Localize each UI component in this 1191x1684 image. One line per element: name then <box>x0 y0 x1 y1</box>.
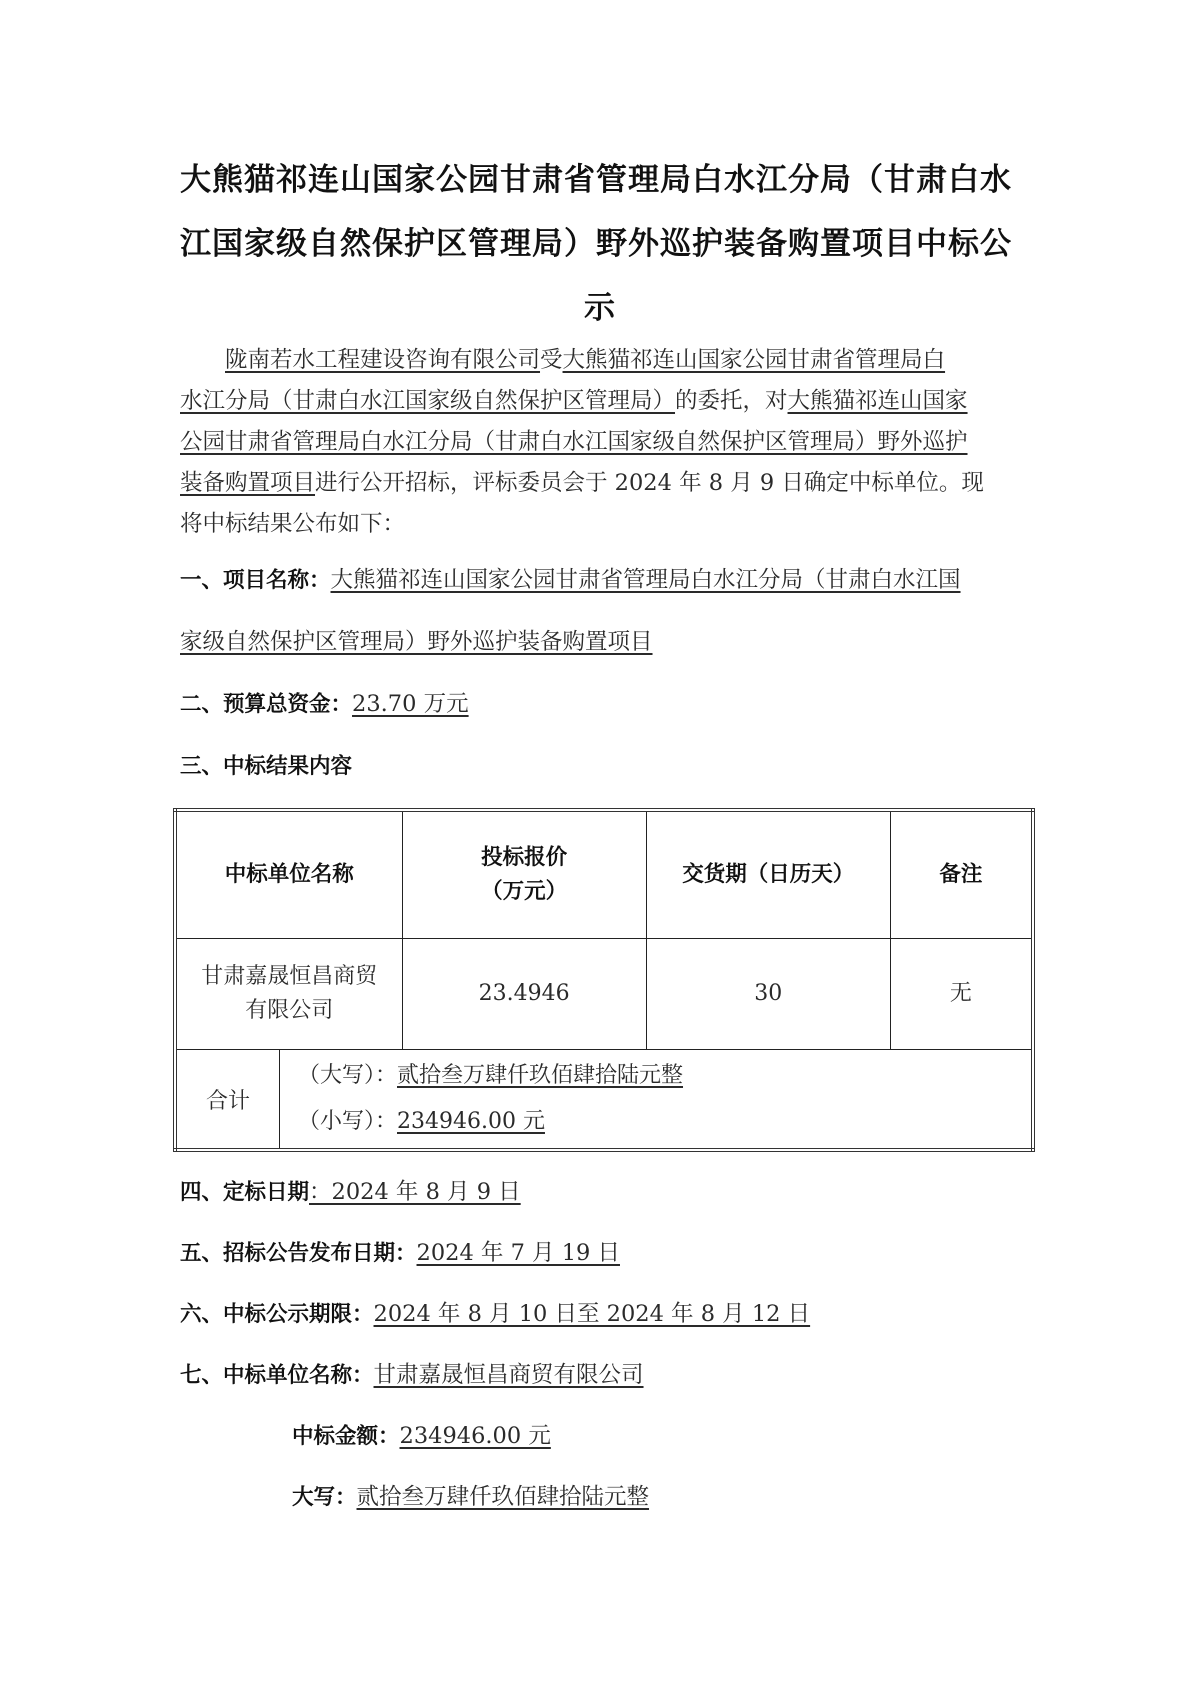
cell-total-detail: （大写）：贰拾叁万肆仟玖佰肆拾陆元整 （小写）：234946.00 元 <box>279 1050 1033 1151</box>
publicity-period-value: 2024 年 8 月 10 日至 2024 年 8 月 12 日 <box>374 1301 811 1327</box>
client-name-part2: 水江分局（甘肃白水江国家级自然保护区管理局） <box>180 388 675 414</box>
winner-name-label: 七、中标单位名称： <box>180 1363 374 1388</box>
total-upper: （大写）：贰拾叁万肆仟玖佰肆拾陆元整 <box>298 1053 1031 1099</box>
document-title: 大熊猫祁连山国家公园甘肃省管理局白水江分局（甘肃白水 江国家级自然保护区管理局）… <box>180 148 1020 340</box>
title-line-3: 示 <box>180 276 1020 340</box>
total-lower: （小写）：234946.00 元 <box>298 1099 1031 1145</box>
intro-line-3: 公园甘肃省管理局白水江分局（甘肃白水江国家级自然保护区管理局）野外巡护 <box>180 422 1020 463</box>
budget-value: 23.70 万元 <box>352 691 469 717</box>
project-name-part3: 装备购置项目 <box>180 470 315 496</box>
project-name-value-2: 家级自然保护区管理局）野外巡护装备购置项目 <box>180 629 653 655</box>
document-page: 大熊猫祁连山国家公园甘肃省管理局白水江分局（甘肃白水 江国家级自然保护区管理局）… <box>0 0 1191 1684</box>
header-bid-price: 投标报价 （万元） <box>402 810 646 939</box>
intro-text: 的委托，对 <box>675 388 788 414</box>
winner-amount-value: 234946.00 元 <box>400 1423 551 1449</box>
cell-company: 甘肃嘉晟恒昌商贸 有限公司 <box>175 939 402 1050</box>
budget-label: 二、预算总资金： <box>180 692 352 717</box>
notice-date-value: 2024 年 7 月 19 日 <box>417 1240 620 1266</box>
result-content-label: 三、中标结果内容 <box>180 754 352 779</box>
section-budget: 二、预算总资金：23.70 万元 <box>180 684 469 725</box>
intro-line-4: 装备购置项目进行公开招标，评标委员会于 2024 年 8 月 9 日确定中标单位… <box>180 463 1020 504</box>
section-notice-date: 五、招标公告发布日期：2024 年 7 月 19 日 <box>180 1233 620 1274</box>
section-project-name: 一、项目名称：大熊猫祁连山国家公园甘肃省管理局白水江分局（甘肃白水江国 <box>180 560 961 601</box>
winner-amount-upper-value: 贰拾叁万肆仟玖佰肆拾陆元整 <box>357 1484 650 1510</box>
winner-amount-upper-label: 大写： <box>292 1485 357 1510</box>
company-line2: 有限公司 <box>245 998 333 1023</box>
award-date-value: ：2024 年 8 月 9 日 <box>309 1179 521 1205</box>
total-upper-label: （大写）： <box>298 1063 397 1088</box>
section-result-content: 三、中标结果内容 <box>180 746 352 787</box>
agency-name: 陇南若水工程建设咨询有限公司 <box>225 347 540 373</box>
winner-amount-label: 中标金额： <box>292 1424 400 1449</box>
section-winner-name: 七、中标单位名称：甘肃嘉晟恒昌商贸有限公司 <box>180 1355 644 1396</box>
cell-remark: 无 <box>890 939 1033 1050</box>
header-bid-price-line1: 投标报价 <box>481 845 567 870</box>
intro-line-5: 将中标结果公布如下： <box>180 504 1020 545</box>
table-total-row: 合计 （大写）：贰拾叁万肆仟玖佰肆拾陆元整 （小写）：234946.00 元 <box>175 1050 1033 1151</box>
title-line-1: 大熊猫祁连山国家公园甘肃省管理局白水江分局（甘肃白水 <box>180 148 1020 212</box>
notice-date-label: 五、招标公告发布日期： <box>180 1241 417 1266</box>
project-name-part1: 大熊猫祁连山国家 <box>788 388 968 414</box>
section-winner-amount-upper: 大写：贰拾叁万肆仟玖佰肆拾陆元整 <box>292 1477 649 1518</box>
award-result-table: 中标单位名称 投标报价 （万元） 交货期（日历天） 备注 甘肃嘉晟恒昌商贸 有限… <box>173 808 1035 1152</box>
header-bid-price-line2: （万元） <box>481 879 567 904</box>
section-winner-amount: 中标金额：234946.00 元 <box>292 1416 551 1457</box>
table-row: 甘肃嘉晟恒昌商贸 有限公司 23.4946 30 无 <box>175 939 1033 1050</box>
cell-delivery: 30 <box>646 939 890 1050</box>
total-lower-value: 234946.00 元 <box>397 1109 545 1134</box>
intro-line-1: 陇南若水工程建设咨询有限公司受大熊猫祁连山国家公园甘肃省管理局白 <box>180 340 1020 381</box>
winner-name-value: 甘肃嘉晟恒昌商贸有限公司 <box>374 1362 644 1388</box>
table-header-row: 中标单位名称 投标报价 （万元） 交货期（日历天） 备注 <box>175 810 1033 939</box>
project-name-value-1: 大熊猫祁连山国家公园甘肃省管理局白水江分局（甘肃白水江国 <box>331 567 961 593</box>
cell-bid-price: 23.4946 <box>402 939 646 1050</box>
award-date-label: 四、定标日期 <box>180 1180 309 1205</box>
header-company: 中标单位名称 <box>175 810 402 939</box>
section-award-date: 四、定标日期：2024 年 8 月 9 日 <box>180 1172 521 1213</box>
section-project-name-cont: 家级自然保护区管理局）野外巡护装备购置项目 <box>180 622 653 662</box>
intro-text: 受 <box>540 347 563 373</box>
cell-total-label: 合计 <box>175 1050 279 1151</box>
publicity-period-label: 六、中标公示期限： <box>180 1302 374 1327</box>
section-publicity-period: 六、中标公示期限：2024 年 8 月 10 日至 2024 年 8 月 12 … <box>180 1294 810 1335</box>
intro-line-2: 水江分局（甘肃白水江国家级自然保护区管理局）的委托，对大熊猫祁连山国家 <box>180 381 1020 422</box>
client-name-part1: 大熊猫祁连山国家公园甘肃省管理局白 <box>563 347 946 373</box>
project-name-label: 一、项目名称： <box>180 568 331 593</box>
header-delivery: 交货期（日历天） <box>646 810 890 939</box>
intro-text: 进行公开招标，评标委员会于 2024 年 8 月 9 日确定中标单位。现 <box>315 470 984 496</box>
header-remark: 备注 <box>890 810 1033 939</box>
intro-paragraph: 陇南若水工程建设咨询有限公司受大熊猫祁连山国家公园甘肃省管理局白 水江分局（甘肃… <box>180 340 1020 545</box>
title-line-2: 江国家级自然保护区管理局）野外巡护装备购置项目中标公 <box>180 212 1020 276</box>
total-upper-value: 贰拾叁万肆仟玖佰肆拾陆元整 <box>397 1063 683 1088</box>
total-lower-label: （小写）： <box>298 1109 397 1134</box>
company-line1: 甘肃嘉晟恒昌商贸 <box>201 964 377 989</box>
project-name-part2: 公园甘肃省管理局白水江分局（甘肃白水江国家级自然保护区管理局）野外巡护 <box>180 429 968 455</box>
